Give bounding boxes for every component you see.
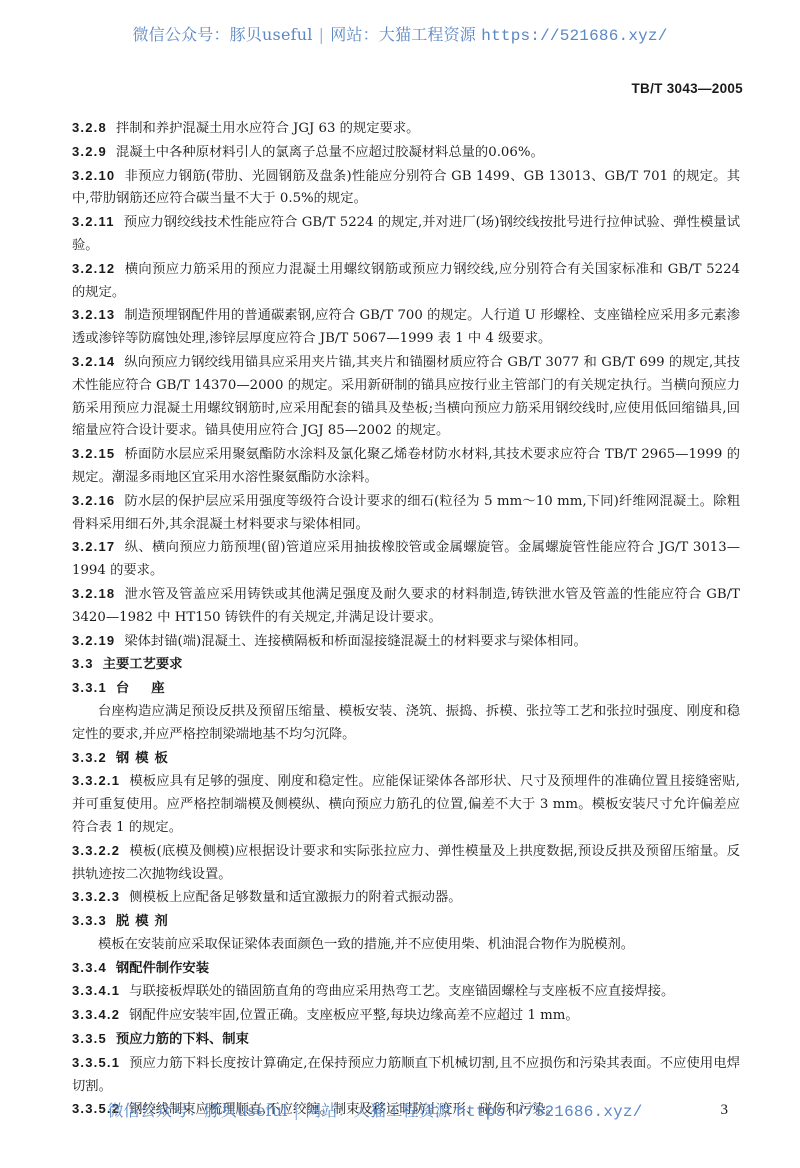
clause-text: 非预应力钢筋(带肋、光圆钢筋及盘条)性能应分别符合 GB 1499、GB 130… (72, 169, 740, 207)
clause-number: 3.2.17 (72, 539, 115, 554)
clause-number: 3.2.10 (72, 168, 115, 183)
watermark-bottom: 微信公众号：豚贝useful|网站：大猫工程资源 https://521686.… (0, 1098, 775, 1121)
clause-number: 3.2.13 (72, 307, 115, 322)
clause-3-2-16: 3.2.16防水层的保护层应采用强度等级符合设计要求的细石(粒径为 5 mm～1… (72, 490, 740, 537)
clause-number: 3.2.8 (72, 120, 107, 135)
section-number: 3.3.3 (72, 913, 107, 928)
clause-3-2-13: 3.2.13制造预埋钢配件用的普通碳素钢,应符合 GB/T 700 的规定。人行… (72, 304, 740, 351)
paragraph-3-3-3: 模板在安装前应采取保证梁体表面颜色一致的措施,并不应使用柴、机油混合物作为脱模剂… (72, 934, 740, 957)
section-number: 3.3.2 (72, 750, 107, 765)
clause-number: 3.2.11 (72, 214, 115, 229)
clause-text: 泄水管及管盖应采用铸铁或其他满足强度及耐久要求的材料制造,铸铁泄水管及管盖的性能… (72, 587, 740, 625)
subsection-heading-3-3-5: 3.3.5预应力筋的下料、制束 (72, 1028, 740, 1052)
clause-text: 与联接板焊联处的锚固筋直角的弯曲应采用热弯工艺。支座锚固螺栓与支座板不应直接焊接… (129, 984, 674, 999)
subsection-heading-3-3-3: 3.3.3脱模剂 (72, 910, 740, 934)
watermark-separator: | (288, 1101, 306, 1120)
subsection-heading-3-3-2: 3.3.2钢模板 (72, 747, 740, 771)
clause-text: 模板(底模及侧模)应根据设计要求和实际张拉应力、弹性模量及上拱度数据,预设反拱及… (72, 844, 740, 882)
document-body: 3.2.8拌制和养护混凝土用水应符合 JGJ 63 的规定要求。 3.2.9混凝… (72, 117, 740, 1122)
section-number: 3.3.4 (72, 960, 107, 975)
watermark-url[interactable]: https://521686.xyz/ (481, 27, 667, 45)
clause-text: 侧模板上应配备足够数量和适宜激振力的附着式振动器。 (129, 890, 461, 905)
clause-text: 横向预应力筋采用的预应力混凝土用螺纹钢筋或预应力钢绞线,应分别符合有关国家标准和… (72, 262, 740, 300)
watermark-top: 微信公众号：豚贝useful|网站：大猫工程资源 https://521686.… (0, 22, 800, 45)
watermark-site-label: 网站：大猫工程资源 (305, 1101, 451, 1120)
standard-code: TB/T 3043—2005 (631, 81, 743, 96)
clause-number: 3.2.18 (72, 586, 115, 601)
clause-number: 3.3.2.3 (72, 889, 120, 904)
watermark-site-label: 网站：大猫工程资源 (330, 25, 476, 44)
clause-3-2-17: 3.2.17纵、横向预应力筋预埋(留)管道应采用抽拔橡胶管或金属螺旋管。金属螺旋… (72, 536, 740, 583)
watermark-wechat: 微信公众号：豚贝useful (132, 25, 312, 44)
clause-3-3-4-2: 3.3.4.2钢配件应安装牢固,位置正确。支座板应平整,每块边缘高差不应超过 1… (72, 1004, 740, 1028)
clause-text: 混凝土中各种原材料引人的氯离子总量不应超过胶凝材料总量的0.06%。 (116, 145, 544, 160)
clause-3-2-10: 3.2.10非预应力钢筋(带肋、光圆钢筋及盘条)性能应分别符合 GB 1499、… (72, 165, 740, 212)
clause-3-3-4-1: 3.3.4.1与联接板焊联处的锚固筋直角的弯曲应采用热弯工艺。支座锚固螺栓与支座… (72, 980, 740, 1004)
section-title: 主要工艺要求 (103, 657, 183, 672)
section-title: 钢配件制作安装 (116, 961, 209, 976)
clause-number: 3.2.9 (72, 144, 107, 159)
watermark-separator: | (313, 25, 331, 44)
clause-3-3-2-2: 3.3.2.2模板(底模及侧模)应根据设计要求和实际张拉应力、弹性模量及上拱度数… (72, 840, 740, 887)
section-title: 钢模板 (116, 751, 174, 766)
clause-text: 防水层的保护层应采用强度等级符合设计要求的细石(粒径为 5 mm～10 mm,下… (72, 494, 740, 532)
clause-3-2-8: 3.2.8拌制和养护混凝土用水应符合 JGJ 63 的规定要求。 (72, 117, 740, 141)
subsection-heading-3-3-4: 3.3.4钢配件制作安装 (72, 957, 740, 981)
section-title: 台座 (116, 681, 187, 696)
subsection-heading-3-3-1: 3.3.1台座 (72, 677, 740, 701)
clause-number: 3.3.2.1 (72, 773, 120, 788)
clause-text: 模板应具有足够的强度、刚度和稳定性。应能保证梁体各部形状、尺寸及预埋件的准确位置… (72, 774, 740, 835)
clause-number: 3.2.16 (72, 493, 115, 508)
clause-3-2-9: 3.2.9混凝土中各种原材料引人的氯离子总量不应超过胶凝材料总量的0.06%。 (72, 141, 740, 165)
clause-text: 梁体封锚(端)混凝土、连接横隔板和桥面湿接缝混凝土的材料要求与梁体相同。 (124, 634, 586, 649)
section-number: 3.3 (72, 656, 94, 671)
clause-3-3-2-3: 3.3.2.3侧模板上应配备足够数量和适宜激振力的附着式振动器。 (72, 886, 740, 910)
clause-number: 3.3.2.2 (72, 843, 120, 858)
section-heading-3-3: 3.3主要工艺要求 (72, 653, 740, 677)
clause-3-2-12: 3.2.12横向预应力筋采用的预应力混凝土用螺纹钢筋或预应力钢绞线,应分别符合有… (72, 258, 740, 305)
clause-text: 钢配件应安装牢固,位置正确。支座板应平整,每块边缘高差不应超过 1 mm。 (129, 1008, 579, 1023)
clause-3-2-19: 3.2.19梁体封锚(端)混凝土、连接横隔板和桥面湿接缝混凝土的材料要求与梁体相… (72, 630, 740, 654)
clause-number: 3.3.4.2 (72, 1007, 120, 1022)
watermark-wechat: 微信公众号：豚贝useful (107, 1101, 287, 1120)
section-number: 3.3.1 (72, 680, 107, 695)
clause-number: 3.3.5.1 (72, 1055, 120, 1070)
clause-3-3-5-1: 3.3.5.1预应力筋下料长度按计算确定,在保持预应力筋顺直下机械切割,且不应损… (72, 1052, 740, 1099)
clause-text: 桥面防水层应采用聚氨酯防水涂料及氯化聚乙烯卷材防水材料,其技术要求应符合 TB/… (72, 447, 740, 485)
clause-number: 3.3.4.1 (72, 983, 120, 998)
clause-text: 纵向预应力钢绞线用锚具应采用夹片锚,其夹片和锚圈材质应符合 GB/T 3077 … (72, 355, 740, 438)
clause-3-2-11: 3.2.11预应力钢绞线技术性能应符合 GB/T 5224 的规定,并对进厂(场… (72, 211, 740, 258)
clause-number: 3.2.12 (72, 261, 115, 276)
clause-text: 预应力筋下料长度按计算确定,在保持预应力筋顺直下机械切割,且不应损伤和污染其表面… (72, 1056, 740, 1094)
paragraph-3-3-1: 台座构造应满足预设反拱及预留压缩量、模板安装、浇筑、振捣、拆模、张拉等工艺和张拉… (72, 701, 740, 747)
clause-number: 3.2.14 (72, 354, 115, 369)
section-title: 预应力筋的下料、制束 (116, 1032, 249, 1047)
clause-text: 纵、横向预应力筋预埋(留)管道应采用抽拔橡胶管或金属螺旋管。金属螺旋管性能应符合… (72, 540, 740, 578)
clause-text: 制造预埋钢配件用的普通碳素钢,应符合 GB/T 700 的规定。人行道 U 形螺… (72, 308, 740, 346)
clause-3-2-14: 3.2.14纵向预应力钢绞线用锚具应采用夹片锚,其夹片和锚圈材质应符合 GB/T… (72, 351, 740, 443)
clause-text: 拌制和养护混凝土用水应符合 JGJ 63 的规定要求。 (116, 121, 420, 136)
watermark-url[interactable]: https://521686.xyz/ (456, 1103, 642, 1121)
clause-3-3-2-1: 3.3.2.1模板应具有足够的强度、刚度和稳定性。应能保证梁体各部形状、尺寸及预… (72, 770, 740, 839)
clause-number: 3.2.19 (72, 633, 115, 648)
clause-3-2-15: 3.2.15桥面防水层应采用聚氨酯防水涂料及氯化聚乙烯卷材防水材料,其技术要求应… (72, 443, 740, 490)
section-number: 3.3.5 (72, 1031, 107, 1046)
clause-3-2-18: 3.2.18泄水管及管盖应采用铸铁或其他满足强度及耐久要求的材料制造,铸铁泄水管… (72, 583, 740, 630)
clause-number: 3.2.15 (72, 446, 115, 461)
section-title: 脱模剂 (116, 914, 174, 929)
clause-text: 预应力钢绞线技术性能应符合 GB/T 5224 的规定,并对进厂(场)钢绞线按批… (72, 215, 740, 253)
